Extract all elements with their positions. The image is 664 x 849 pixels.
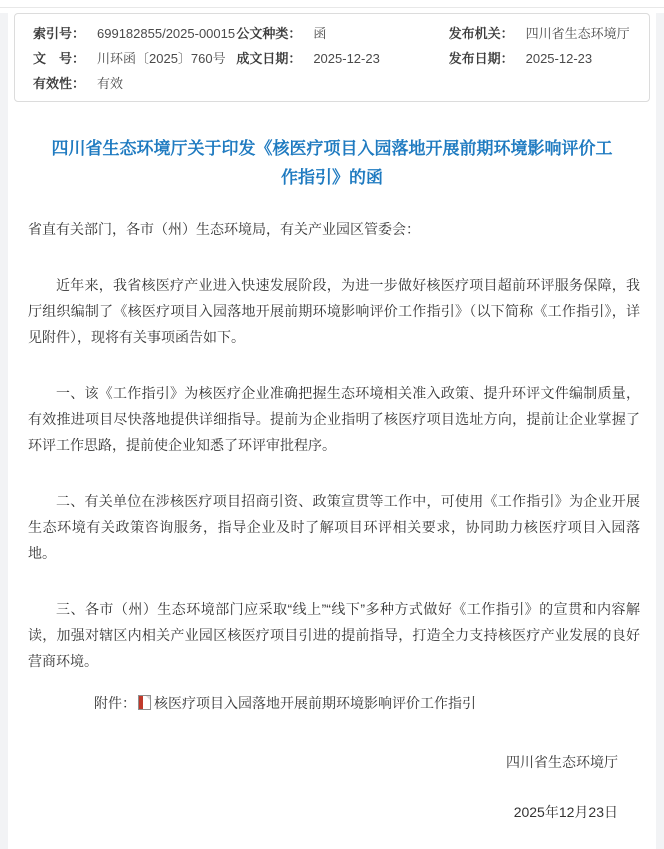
attachment-label: 附件： [94, 695, 136, 711]
meta-field-document-number: 文 号：川环函〔2025〕760号 [33, 46, 236, 71]
paragraph-item-3: 三、各市（州）生态环境部门应采取“线上”“线下”多种方式做好《工作指引》的宣贯和… [28, 596, 640, 674]
signature-agency: 四川省生态环境厅 [28, 749, 640, 775]
paragraph-item-2: 二、有关单位在涉核医疗项目招商引资、政策宣贯等工作中，可使用《工作指引》为企业开… [28, 488, 640, 566]
meta-label: 文 号： [33, 51, 85, 66]
meta-value: 有效 [97, 76, 123, 91]
meta-field-written-date: 成文日期：2025-12-23 [236, 46, 448, 71]
meta-field-issuing-agency: 发布机关：四川省生态环境厅 [449, 21, 631, 46]
meta-value: 2025-12-23 [526, 51, 593, 66]
signature-date: 2025年12月23日 [28, 799, 640, 825]
document-meta-grid: 索引号：699182855/2025-00015 公文种类：函 发布机关：四川省… [33, 21, 631, 96]
document-card: 索引号：699182855/2025-00015 公文种类：函 发布机关：四川省… [8, 13, 656, 849]
meta-label: 发布机关： [449, 26, 514, 41]
meta-value: 函 [313, 26, 326, 41]
document-body: 省直有关部门，各市（州）生态环境局，有关产业园区管委会： 近年来，我省核医疗产业… [8, 216, 656, 825]
meta-field-index-number: 索引号：699182855/2025-00015 [33, 21, 236, 46]
attachment-link[interactable]: 核医疗项目入园落地开展前期环境影响评价工作指引 [154, 695, 476, 711]
meta-value: 2025-12-23 [313, 51, 380, 66]
meta-value: 四川省生态环境厅 [526, 26, 630, 41]
document-meta-box: 索引号：699182855/2025-00015 公文种类：函 发布机关：四川省… [14, 13, 650, 102]
page-gutter: 索引号：699182855/2025-00015 公文种类：函 发布机关：四川省… [0, 13, 664, 849]
meta-label: 索引号： [33, 26, 85, 41]
meta-label: 发布日期： [449, 51, 514, 66]
paragraph-intro: 近年来，我省核医疗产业进入快速发展阶段，为进一步做好核医疗项目超前环评服务保障，… [28, 272, 640, 350]
meta-label: 公文种类： [236, 26, 301, 41]
page-top-divider [0, 0, 664, 8]
meta-field-validity: 有效性：有效 [33, 71, 236, 96]
paragraph-item-1: 一、该《工作指引》为核医疗企业准确把握生态环境相关准入政策、提升环评文件编制质量… [28, 380, 640, 458]
document-title: 四川省生态环境厅关于印发《核医疗项目入园落地开展前期环境影响评价工作指引》的函 [48, 134, 616, 192]
salutation: 省直有关部门，各市（州）生态环境局，有关产业园区管委会： [28, 216, 640, 242]
meta-label: 有效性： [33, 76, 85, 91]
meta-label: 成文日期： [236, 51, 301, 66]
meta-field-publish-date: 发布日期：2025-12-23 [449, 46, 631, 71]
attachment-line: 附件：核医疗项目入园落地开展前期环境影响评价工作指引 [28, 690, 640, 716]
meta-field-document-type: 公文种类：函 [236, 21, 448, 46]
meta-value: 川环函〔2025〕760号 [97, 51, 226, 66]
doc-file-icon [138, 695, 151, 710]
meta-value: 699182855/2025-00015 [97, 26, 235, 41]
